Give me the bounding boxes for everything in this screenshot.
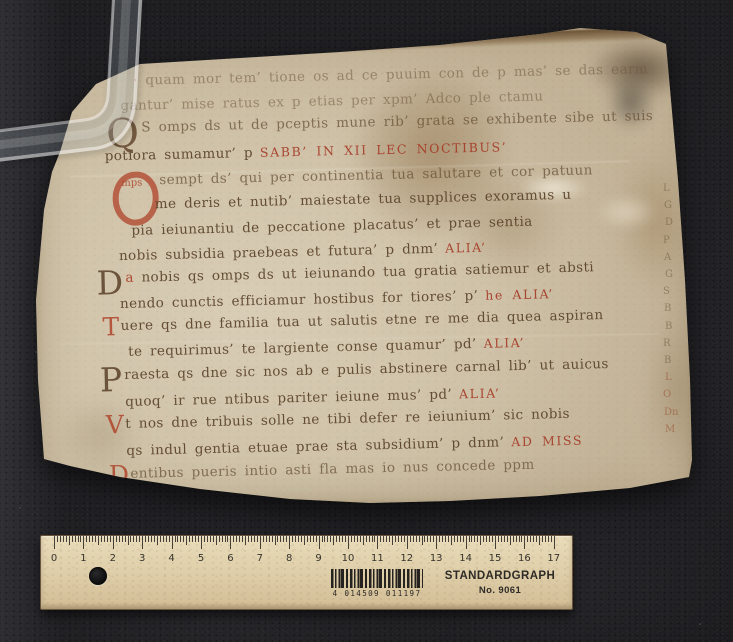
ruler-tick (339, 536, 340, 542)
ruler-tick (72, 536, 73, 542)
ruler-hole (89, 567, 107, 585)
ruler-tick (80, 536, 81, 542)
ruler-tick (333, 536, 334, 545)
ruler-tick (289, 536, 290, 549)
illuminated-initial: V (105, 410, 124, 439)
ruler-tick (501, 536, 502, 542)
ruler-tick (195, 536, 196, 542)
margin-letter: M (665, 424, 675, 435)
ruler-tick (216, 536, 217, 545)
ruler-number: 16 (518, 553, 531, 564)
ruler-tick (225, 536, 226, 542)
ruler-tick (530, 536, 531, 542)
brand-model: No. 9061 (433, 585, 567, 596)
ruler-tick (510, 536, 511, 545)
ruler-number: 17 (547, 553, 560, 564)
ruler-tick (183, 536, 184, 542)
ruler-tick (513, 536, 514, 542)
ruler-tick (433, 536, 434, 542)
ruler-number: 8 (286, 553, 292, 564)
ruler-tick (492, 536, 493, 542)
ruler-tick (363, 536, 364, 545)
ruler-tick (125, 536, 126, 542)
ruler-tick (230, 536, 231, 549)
ruler-tick (398, 536, 399, 542)
ruler-tick (407, 536, 408, 549)
ruler-tick (374, 536, 375, 542)
ruler-tick (139, 536, 140, 542)
ruler-tick (471, 536, 472, 542)
ruler-tick (372, 536, 373, 542)
ruler-tick (227, 536, 228, 542)
ruler-tick (486, 536, 487, 542)
ruler-tick (516, 536, 517, 542)
ruler-tick (116, 536, 117, 542)
ruler-tick (404, 536, 405, 542)
ruler-tick (469, 536, 470, 542)
ruler-tick (169, 536, 170, 542)
ruler-tick (163, 536, 164, 542)
ruler-tick (219, 536, 220, 542)
ruler-tick (427, 536, 428, 542)
ruler-tick (83, 536, 84, 549)
margin-letter: B (665, 321, 672, 332)
ruler-tick (136, 536, 137, 542)
ruler-tick (254, 536, 255, 542)
ruler-tick (186, 536, 187, 545)
ruler-tick (357, 536, 358, 542)
ruler-tick (439, 536, 440, 542)
ruler-tick (63, 536, 64, 542)
ruler-tick (542, 536, 543, 542)
ruler-tick (436, 536, 437, 549)
ruler-number: 14 (459, 553, 472, 564)
margin-letter: D (665, 217, 673, 228)
ruler-tick (266, 536, 267, 542)
margin-letter: G (665, 269, 673, 280)
ruler-tick (457, 536, 458, 542)
ruler-number: 12 (400, 553, 413, 564)
ruler-tick (419, 536, 420, 542)
ruler-tick (110, 536, 111, 542)
margin-letter: O (663, 389, 671, 400)
ruler-tick (519, 536, 520, 542)
ruler-tick (295, 536, 296, 542)
ruler-tick (180, 536, 181, 542)
ruler-tick (413, 536, 414, 542)
ruler-tick (277, 536, 278, 542)
ruler-tick (310, 536, 311, 542)
ruler-tick (348, 536, 349, 549)
margin-letter: B (664, 355, 671, 366)
ruler-number: 4 (168, 553, 174, 564)
ruler: 01234567891011121314151617 4 014509 0111… (40, 535, 573, 610)
ruler-tick (222, 536, 223, 542)
ruler-tick (330, 536, 331, 542)
ruler-tick (92, 536, 93, 542)
rubric-text: ALIA’ (483, 335, 525, 351)
ruler-tick (342, 536, 343, 542)
ruler-number: 1 (80, 553, 86, 564)
ruler-tick (430, 536, 431, 542)
ruler-tick (86, 536, 87, 542)
ruler-tick (324, 536, 325, 542)
ruler-number: 2 (110, 553, 116, 564)
ruler-number: 7 (257, 553, 263, 564)
rubric-text: AD MISS (511, 433, 583, 450)
ruler-tick (101, 536, 102, 542)
ruler-tick (133, 536, 134, 542)
ruler-number: 5 (198, 553, 204, 564)
ruler-tick (292, 536, 293, 542)
ruler-tick (483, 536, 484, 542)
ruler-tick (54, 536, 55, 549)
ruler-tick (283, 536, 284, 542)
ruler-tick (416, 536, 417, 542)
ruler-tick (389, 536, 390, 542)
ruler-tick (448, 536, 449, 542)
ruler-tick (301, 536, 302, 542)
ruler-tick (107, 536, 108, 542)
ruler-tick (130, 536, 131, 542)
ruler-tick (198, 536, 199, 542)
ruler-tick (201, 536, 202, 549)
ruler-tick (175, 536, 176, 542)
ruler-tick (213, 536, 214, 542)
margin-letter: L (665, 372, 672, 383)
ruler-tick (463, 536, 464, 542)
ruler-tick (533, 536, 534, 542)
ruler-number: 10 (342, 553, 355, 564)
ruler-tick (386, 536, 387, 542)
glass-rod-edge (0, 0, 114, 132)
ruler-tick (345, 536, 346, 542)
ruler-tick (189, 536, 190, 542)
ruler-tick (75, 536, 76, 542)
ruler-tick (527, 536, 528, 542)
ruler-tick (122, 536, 123, 542)
ruler-tick (536, 536, 537, 542)
ruler-tick (424, 536, 425, 542)
ruler-tick (151, 536, 152, 542)
ruler-tick (489, 536, 490, 542)
barcode (331, 569, 423, 588)
ruler-tick (245, 536, 246, 545)
ruler-tick (336, 536, 337, 542)
ruler-tick (260, 536, 261, 549)
ruler-tick (322, 536, 323, 542)
ruler-tick (454, 536, 455, 542)
ruler-tick (477, 536, 478, 542)
rubric-text: ALIA’ (459, 385, 501, 401)
ruler-tick (495, 536, 496, 549)
ruler-tick (95, 536, 96, 542)
ruler-tick (98, 536, 99, 545)
ruler-tick (248, 536, 249, 542)
ruler-tick (460, 536, 461, 542)
ruler-tick (410, 536, 411, 542)
ruler-tick (236, 536, 237, 542)
ruler-tick (548, 536, 549, 542)
ruler-number: 6 (227, 553, 233, 564)
margin-letter: R (663, 338, 671, 349)
ruler-tick (66, 536, 67, 542)
margin-letter: Dn (664, 407, 678, 418)
illuminated-initial: P (99, 360, 122, 400)
ruler-tick (319, 536, 320, 549)
ruler-tick (239, 536, 240, 542)
ruler-tick (128, 536, 129, 545)
ruler-tick (551, 536, 552, 542)
ruler-tick (307, 536, 308, 542)
ruler-tick (304, 536, 305, 545)
ruler-tick (498, 536, 499, 542)
ruler-tick (377, 536, 378, 549)
ruler-tick (521, 536, 522, 542)
ruler-tick (360, 536, 361, 542)
ruler-tick (269, 536, 270, 542)
ruler-tick (263, 536, 264, 542)
ruler-tick (480, 536, 481, 545)
ruler-tick (145, 536, 146, 542)
ruler-tick (233, 536, 234, 542)
ruler-tick (539, 536, 540, 545)
ruler-tick (351, 536, 352, 542)
ruler-tick (327, 536, 328, 542)
ruler-tick (422, 536, 423, 545)
ruler-tick (354, 536, 355, 542)
ruler-tick (313, 536, 314, 542)
ruler-tick (160, 536, 161, 542)
rubric-text: he ALIA’ (485, 286, 554, 303)
ruler-tick (507, 536, 508, 542)
ruler-tick (57, 536, 58, 542)
ruler-tick (257, 536, 258, 542)
ruler-tick (466, 536, 467, 549)
ruler-tick (442, 536, 443, 542)
rubric-text: ALIA’ (445, 240, 487, 256)
ruler-tick (166, 536, 167, 542)
ruler-tick (298, 536, 299, 542)
margin-letter: B (664, 303, 671, 314)
ruler-number: 9 (315, 553, 321, 564)
margin-letter: S (663, 286, 670, 297)
ruler-number: 3 (139, 553, 145, 564)
ruler-tick (392, 536, 393, 545)
margin-letter: L (663, 183, 670, 194)
ruler-tick (148, 536, 149, 542)
margin-letter: A (664, 252, 671, 263)
ruler-tick (207, 536, 208, 542)
ruler-tick (89, 536, 90, 542)
ruler-tick (69, 536, 70, 545)
ruler-tick (401, 536, 402, 542)
ruler-tick (275, 536, 276, 545)
ruler-tick (113, 536, 114, 549)
margin-letter: P (663, 235, 670, 246)
ruler-tick (554, 536, 555, 549)
ruler-number: 0 (51, 553, 57, 564)
ruler-tick (380, 536, 381, 542)
ruler-tick (210, 536, 211, 542)
ruler-tick (451, 536, 452, 545)
illuminated-initial: T (102, 312, 120, 341)
ruler-tick (272, 536, 273, 542)
ruler-tick (177, 536, 178, 542)
ruler-tick (445, 536, 446, 542)
ruler-tick (192, 536, 193, 542)
ruler-tick (369, 536, 370, 542)
barcode-digits: 4 014509 011197 (324, 589, 430, 598)
ruler-number: 15 (489, 553, 502, 564)
ruler-tick (383, 536, 384, 542)
ruler-tick (104, 536, 105, 542)
ruler-tick (157, 536, 158, 545)
ruler-tick (78, 536, 79, 542)
ruler-tick (395, 536, 396, 542)
ruler-tick (142, 536, 143, 549)
ruler-tick (316, 536, 317, 542)
ruler-tick (504, 536, 505, 542)
ruler-number: 11 (371, 553, 384, 564)
ruler-tick (524, 536, 525, 549)
ruler-tick (204, 536, 205, 542)
ruler-tick (251, 536, 252, 542)
brand-name: STANDARDGRAPH (433, 570, 567, 582)
ruler-tick (172, 536, 173, 549)
photograph: · quam mor tem’ tione os ad ce puuim con… (0, 0, 733, 642)
ruler-tick (474, 536, 475, 542)
ruler-tick (280, 536, 281, 542)
ruler-tick (545, 536, 546, 542)
ruler-tick (242, 536, 243, 542)
ruler-brand-block: STANDARDGRAPH No. 9061 (433, 570, 567, 596)
ruler-tick (366, 536, 367, 542)
manuscript-text: a (125, 270, 141, 286)
ruler-number: 13 (430, 553, 443, 564)
ruler-tick (119, 536, 120, 542)
illuminated-initial: D (109, 460, 130, 489)
ruler-tick (154, 536, 155, 542)
glass-weight-rod (0, 0, 190, 190)
margin-letter: G (664, 200, 672, 211)
ruler-tick (286, 536, 287, 542)
ruler-tick (60, 536, 61, 542)
